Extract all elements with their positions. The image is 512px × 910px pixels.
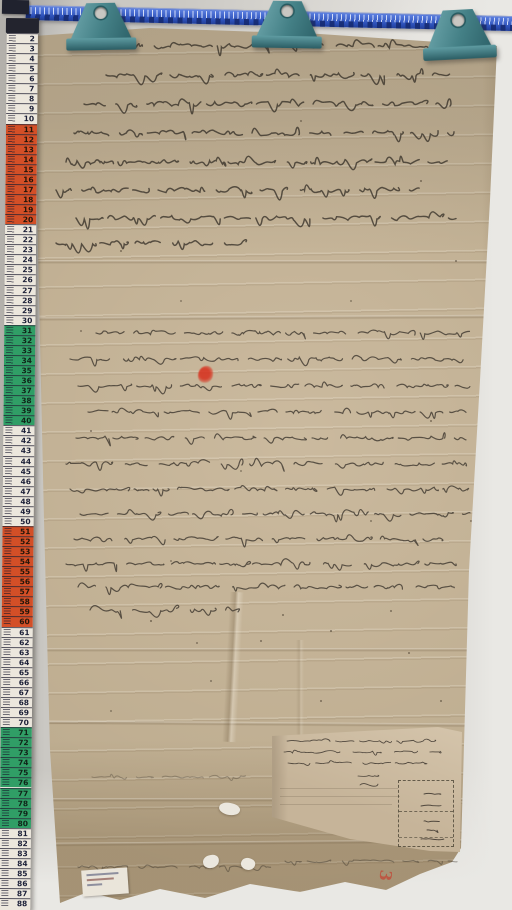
ruler-cell: 80 xyxy=(0,818,31,828)
ruler-cell: 6 xyxy=(6,73,37,83)
ruler-cell: 48 xyxy=(3,496,34,506)
ruler-cell: 10 xyxy=(6,113,37,123)
ruler-cell: 12 xyxy=(6,134,37,144)
ruler-cell: 17 xyxy=(5,184,36,194)
ruler-cell: 40 xyxy=(3,415,34,425)
ruler-cell: 39 xyxy=(4,405,35,415)
note-faint-rule xyxy=(280,788,398,789)
ruler-cell: 7 xyxy=(6,83,37,93)
note-faint-rule xyxy=(280,796,400,797)
ruler-cell: 31 xyxy=(4,325,35,335)
ruler-cell: 19 xyxy=(5,204,36,214)
ruler-cell: 8 xyxy=(6,93,37,103)
note-faint-rule xyxy=(280,804,392,805)
ruler-cell: 62 xyxy=(2,637,33,647)
ruler-cell: 28 xyxy=(4,295,35,305)
ruler-cell: 36 xyxy=(4,375,35,385)
ruler-cell: 33 xyxy=(4,345,35,355)
ruler-cell: 30 xyxy=(4,315,35,325)
ruler-cell: 51 xyxy=(2,526,33,536)
ruler-cell: 43 xyxy=(3,445,34,455)
fold-crease xyxy=(0,720,512,728)
ruler-cell: 5 xyxy=(7,63,38,73)
fold-crease xyxy=(0,315,512,322)
ruler-cell: 21 xyxy=(5,224,36,234)
ruler-cell: 84 xyxy=(0,858,31,868)
ruler-cell: 67 xyxy=(1,687,32,697)
ruler-cell: 61 xyxy=(2,627,33,637)
clip-base xyxy=(66,37,136,50)
ruler-cell: 59 xyxy=(2,606,33,616)
binder-clip xyxy=(66,2,137,53)
ruler-cell: 23 xyxy=(5,244,36,254)
ruler-end-cap xyxy=(6,18,39,33)
ruler-cell: 77 xyxy=(0,787,31,797)
ruler-cell: 13 xyxy=(6,144,37,154)
ruler-cell: 83 xyxy=(0,848,31,858)
ruler-cell: 81 xyxy=(0,828,31,838)
ruler-cell: 53 xyxy=(2,546,33,556)
crumple-crease xyxy=(222,592,244,743)
ruler-cell: 66 xyxy=(1,677,32,687)
ruler-cell: 64 xyxy=(1,657,32,667)
ruler-cell: 4 xyxy=(7,53,38,63)
sticker-row xyxy=(87,877,114,881)
ruler-cell: 11 xyxy=(6,124,37,134)
table-divider xyxy=(399,811,453,812)
ruler-cell: 34 xyxy=(4,355,35,365)
ruler-cell: 44 xyxy=(3,455,34,465)
sticker-row xyxy=(86,872,118,876)
ruler-cell: 9 xyxy=(6,103,37,113)
photo-stage: 3 23456789101112131415161718192021222324… xyxy=(0,0,512,910)
ruler-cell: 75 xyxy=(0,767,31,777)
ruler-cell: 57 xyxy=(2,586,33,596)
ruler-cell: 54 xyxy=(2,556,33,566)
measuring-tape: 2345678910111213141516171819202122232425… xyxy=(0,18,38,910)
ruler-cell: 55 xyxy=(2,566,33,576)
catalog-sticker xyxy=(81,867,129,896)
ruler-cell: 52 xyxy=(2,536,33,546)
ruler-cell: 71 xyxy=(1,727,32,737)
ruler-cell: 58 xyxy=(2,596,33,606)
ruler-cell: 22 xyxy=(5,234,36,244)
ruler-cell: 65 xyxy=(1,667,32,677)
ruler-cell: 50 xyxy=(3,516,34,526)
ruler-cell: 72 xyxy=(1,737,32,747)
ruler-cell: 38 xyxy=(4,395,35,405)
ruler-cell: 63 xyxy=(1,647,32,657)
ruler-cell: 25 xyxy=(5,264,36,274)
ruler-cell: 68 xyxy=(1,697,32,707)
ruler-cell: 85 xyxy=(0,868,31,878)
red-page-number: 3 xyxy=(375,869,395,882)
ruler-cell: 27 xyxy=(5,284,36,294)
sticker-row xyxy=(87,883,102,886)
ruler-cell: 45 xyxy=(3,466,34,476)
ruler-cell: 73 xyxy=(1,747,32,757)
ruler-cell: 79 xyxy=(0,808,31,818)
ruler-cell: 46 xyxy=(3,476,34,486)
ruler-cell: 70 xyxy=(1,717,32,727)
ruler-cell: 76 xyxy=(0,777,31,787)
ruler-cell: 78 xyxy=(0,798,31,808)
ruler-cell: 42 xyxy=(3,435,34,445)
ruler-cell: 86 xyxy=(0,878,30,888)
ruler-cell: 82 xyxy=(0,838,31,848)
ruler-cell: 49 xyxy=(3,506,34,516)
ruler-cell: 15 xyxy=(6,164,37,174)
clip-base xyxy=(423,45,497,61)
ruler-cell: 87 xyxy=(0,888,30,898)
fold-crease xyxy=(0,260,512,264)
table-divider xyxy=(399,837,453,838)
ruler-cell: 14 xyxy=(6,154,37,164)
ruler-cell: 37 xyxy=(4,385,35,395)
ruler-cell: 56 xyxy=(2,576,33,586)
ruler-cell: 74 xyxy=(0,757,31,767)
ruler-cell: 35 xyxy=(4,365,35,375)
ruler-cell: 41 xyxy=(3,425,34,435)
ruler-cell: 26 xyxy=(5,274,36,284)
ruler-cell: 3 xyxy=(7,43,38,53)
binder-clip xyxy=(252,0,323,51)
ruler-cell: 88 xyxy=(0,898,30,908)
ruler-cell: 20 xyxy=(5,214,36,224)
ruler-cell: 47 xyxy=(3,486,34,496)
tape-end-block xyxy=(2,0,29,14)
note-dashed-table xyxy=(398,780,454,847)
ruler-cell: 18 xyxy=(5,194,36,204)
ruler-cell: 60 xyxy=(2,616,33,626)
ruler-cell: 29 xyxy=(4,305,35,315)
ruler-cell: 2 xyxy=(7,33,38,43)
clip-base xyxy=(252,35,322,48)
fold-crease xyxy=(0,648,512,652)
ruler-cell: 24 xyxy=(5,254,36,264)
crumple-crease xyxy=(296,640,304,740)
ruler-cell: 16 xyxy=(6,174,37,184)
binder-clip xyxy=(421,8,497,64)
ruler-cell: 69 xyxy=(1,707,32,717)
ruler-cell: 32 xyxy=(4,335,35,345)
